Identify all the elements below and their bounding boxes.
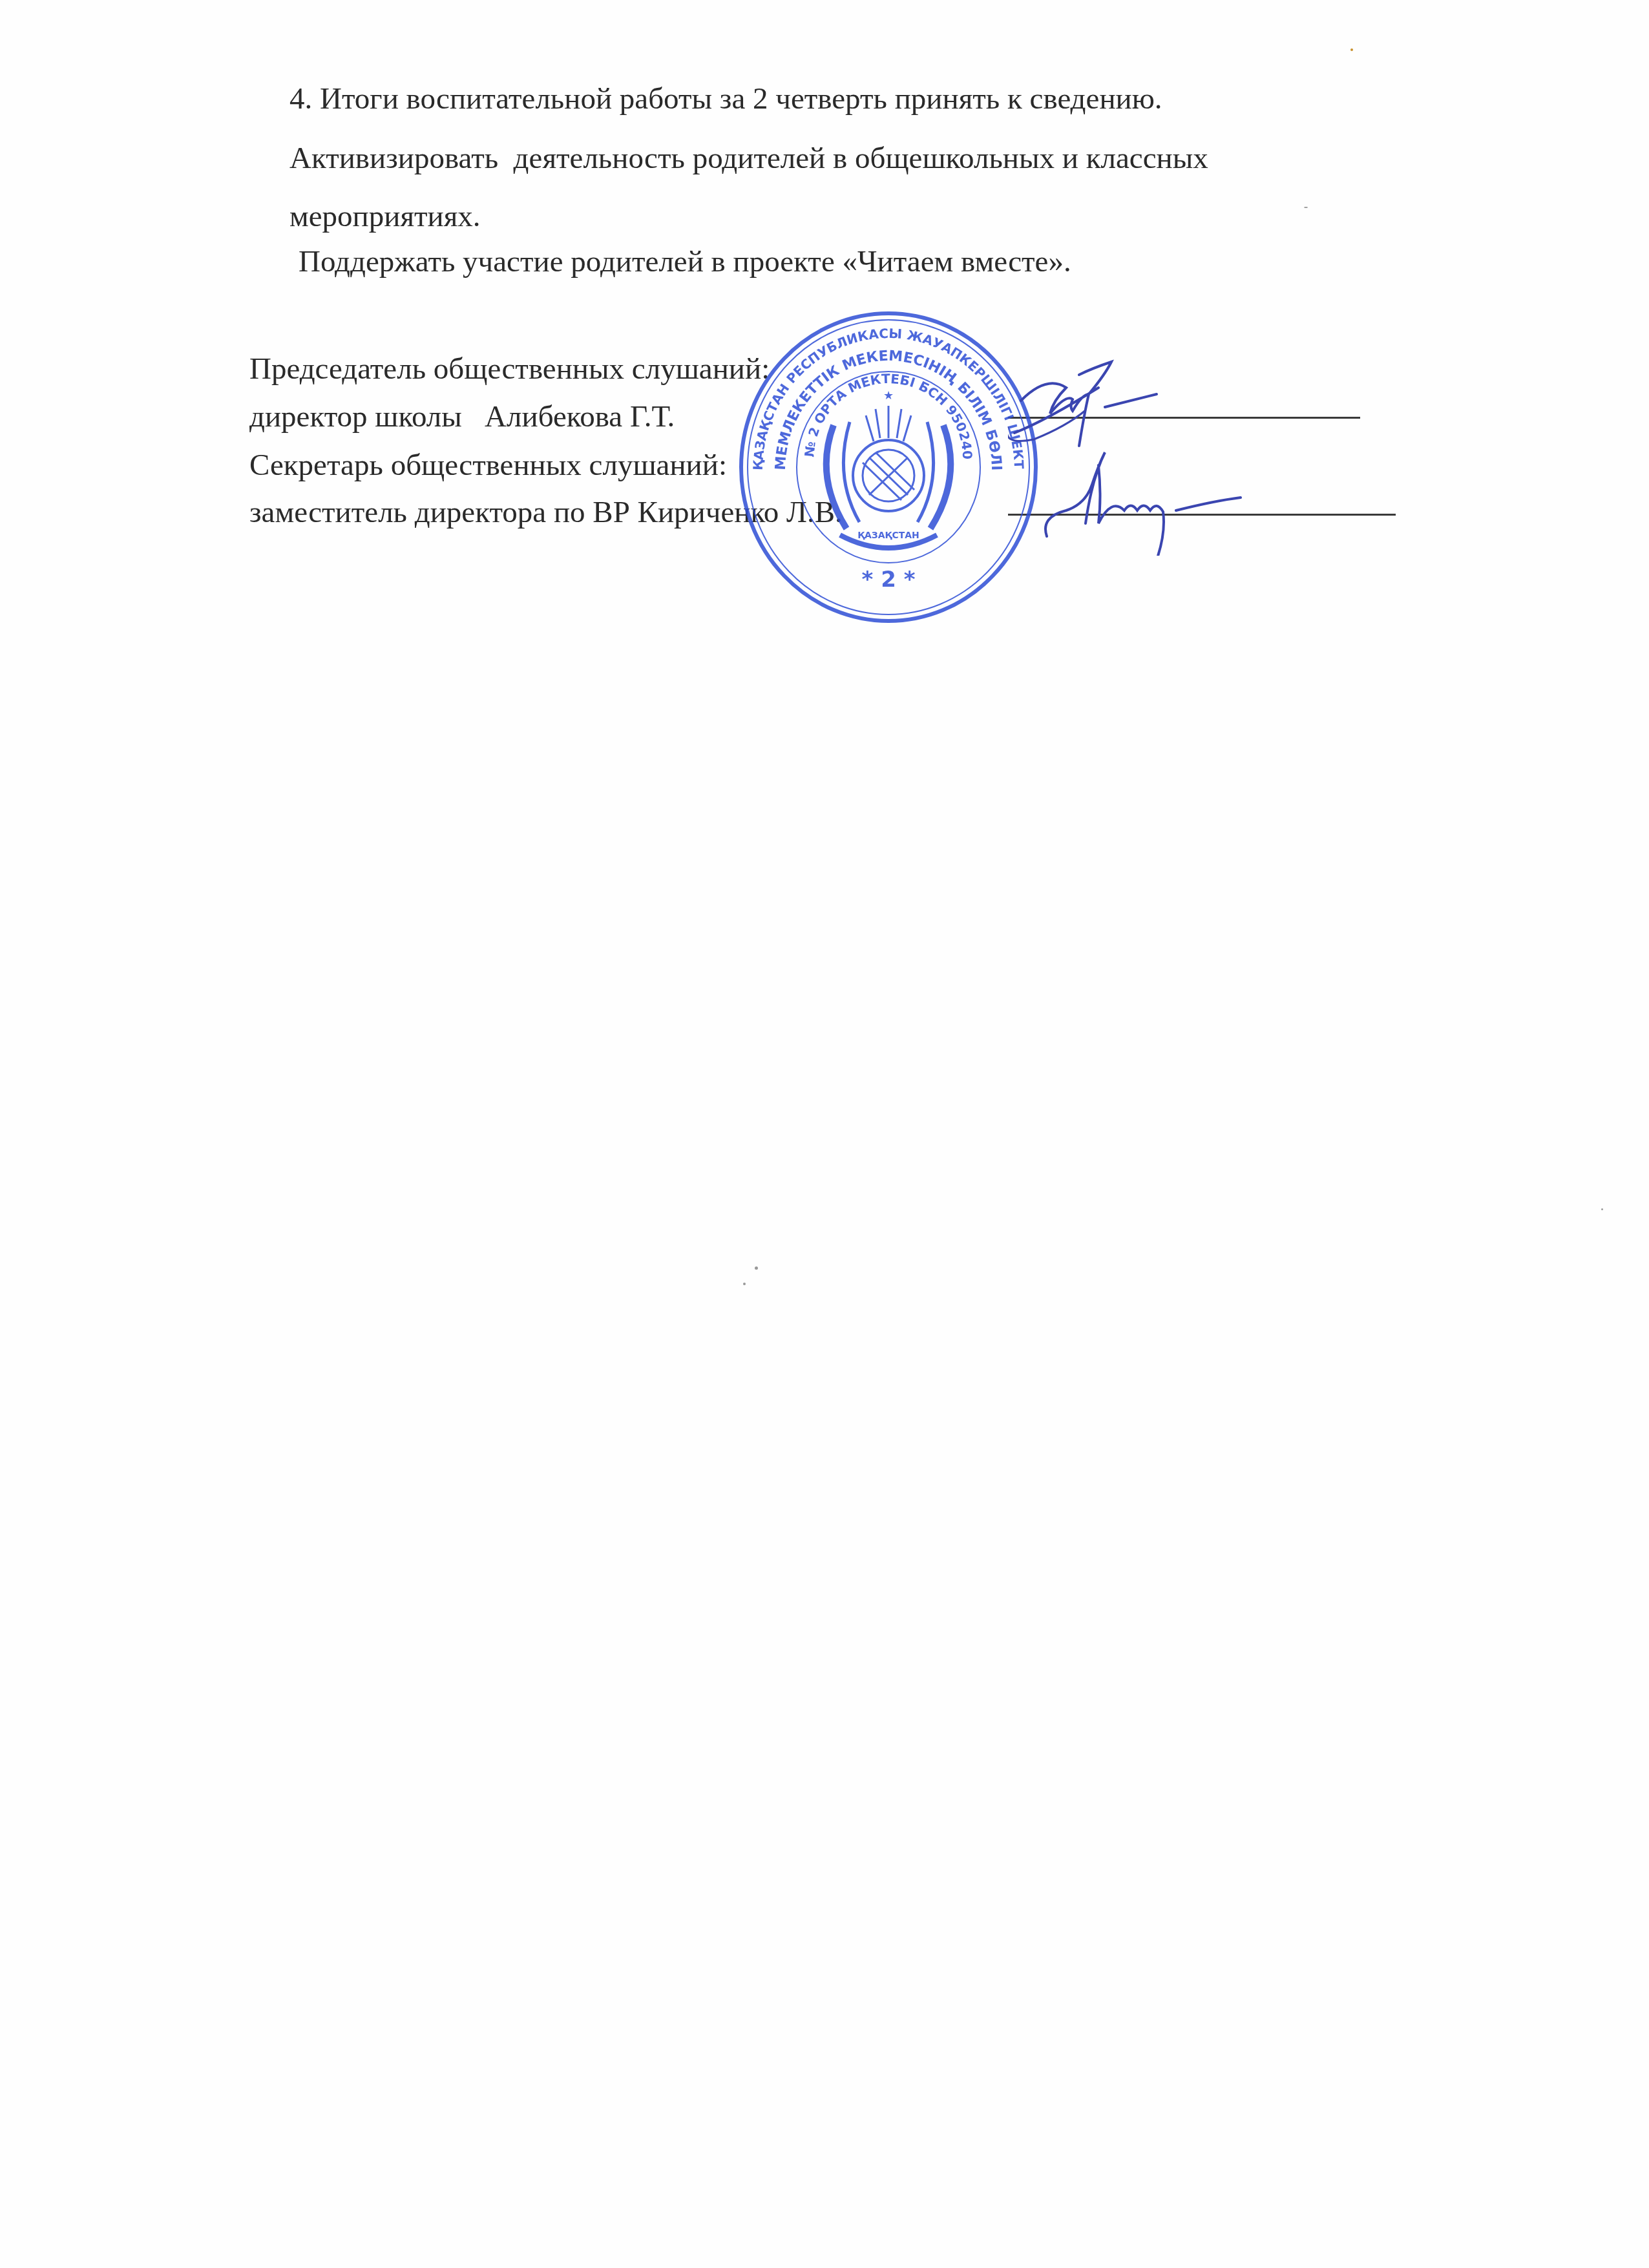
chair-name: директор школы Алибекова Г.Т. <box>249 402 675 432</box>
svg-text:* 2 *: * 2 * <box>862 567 916 593</box>
scan-speck <box>755 1266 758 1270</box>
resolution-line-events: мероприятиях. <box>289 202 481 232</box>
svg-text:★: ★ <box>883 389 894 403</box>
svg-text:ҚАЗАҚСТАН: ҚАЗАҚСТАН <box>857 530 919 541</box>
scan-speck <box>1350 48 1353 51</box>
resolution-item-4: 4. Итоги воспитательной работы за 2 четв… <box>289 84 1162 114</box>
document-page: 4. Итоги воспитательной работы за 2 четв… <box>0 0 1649 2268</box>
secretary-title: Секретарь общественных слушаний: <box>249 450 727 481</box>
scan-speck <box>1304 207 1308 208</box>
secretary-signature-icon <box>1027 439 1260 556</box>
official-stamp-icon: ҚАЗАҚСТАН РЕСПУБЛИКАСЫ ЖАУАПКЕРШІЛІГІ ШЕ… <box>737 309 1040 625</box>
chair-title: Председатель общественных слушаний: <box>249 354 770 384</box>
scan-speck <box>1601 1208 1603 1210</box>
resolution-line-activate: Активизировать деятельность родителей в … <box>289 143 1208 174</box>
scan-speck <box>743 1283 746 1285</box>
resolution-line-support: Поддержать участие родителей в проекте «… <box>299 247 1071 277</box>
